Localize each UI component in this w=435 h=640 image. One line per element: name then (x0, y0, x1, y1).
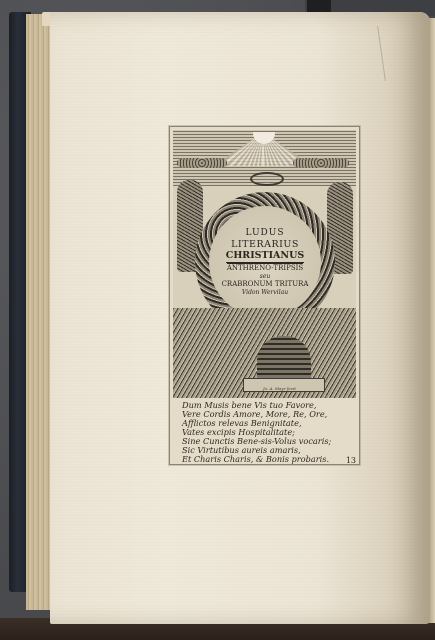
cloud-left (177, 158, 227, 168)
engraver-signature: Jo. A. Mayr fecit (263, 386, 296, 391)
page-stack-edge (26, 14, 53, 610)
title-line-7: Vidon Wervilau (242, 289, 288, 297)
frontispiece-plate: LUDUS LITERARIUS CHRISTIANUS ANTHRENO-TR… (169, 126, 360, 465)
laurel-crown-icon (250, 172, 284, 186)
page-number: 13 (346, 456, 356, 465)
verse-line: Et Charis Charis, & Bonis probaris. (182, 455, 354, 464)
title-medallion: LUDUS LITERARIUS CHRISTIANUS ANTHRENO-TR… (209, 206, 321, 318)
title-line-5: seu (260, 273, 271, 280)
verse-block: Dum Musis bene Vis tuo Favore, Vere Cord… (182, 401, 354, 464)
title-line-3: CHRISTIANUS (226, 250, 304, 263)
title-line-4: ANTHRENO-TRIPSIS (227, 263, 303, 273)
engraving-image: LUDUS LITERARIUS CHRISTIANUS ANTHRENO-TR… (173, 130, 356, 398)
title-line-6: CRABRONUM TRITURA (222, 280, 309, 289)
title-line-1: LUDUS (245, 228, 284, 239)
cloud-right (293, 158, 349, 168)
beehive-icon (257, 336, 311, 380)
title-line-2: LITERARIUS (231, 239, 299, 250)
